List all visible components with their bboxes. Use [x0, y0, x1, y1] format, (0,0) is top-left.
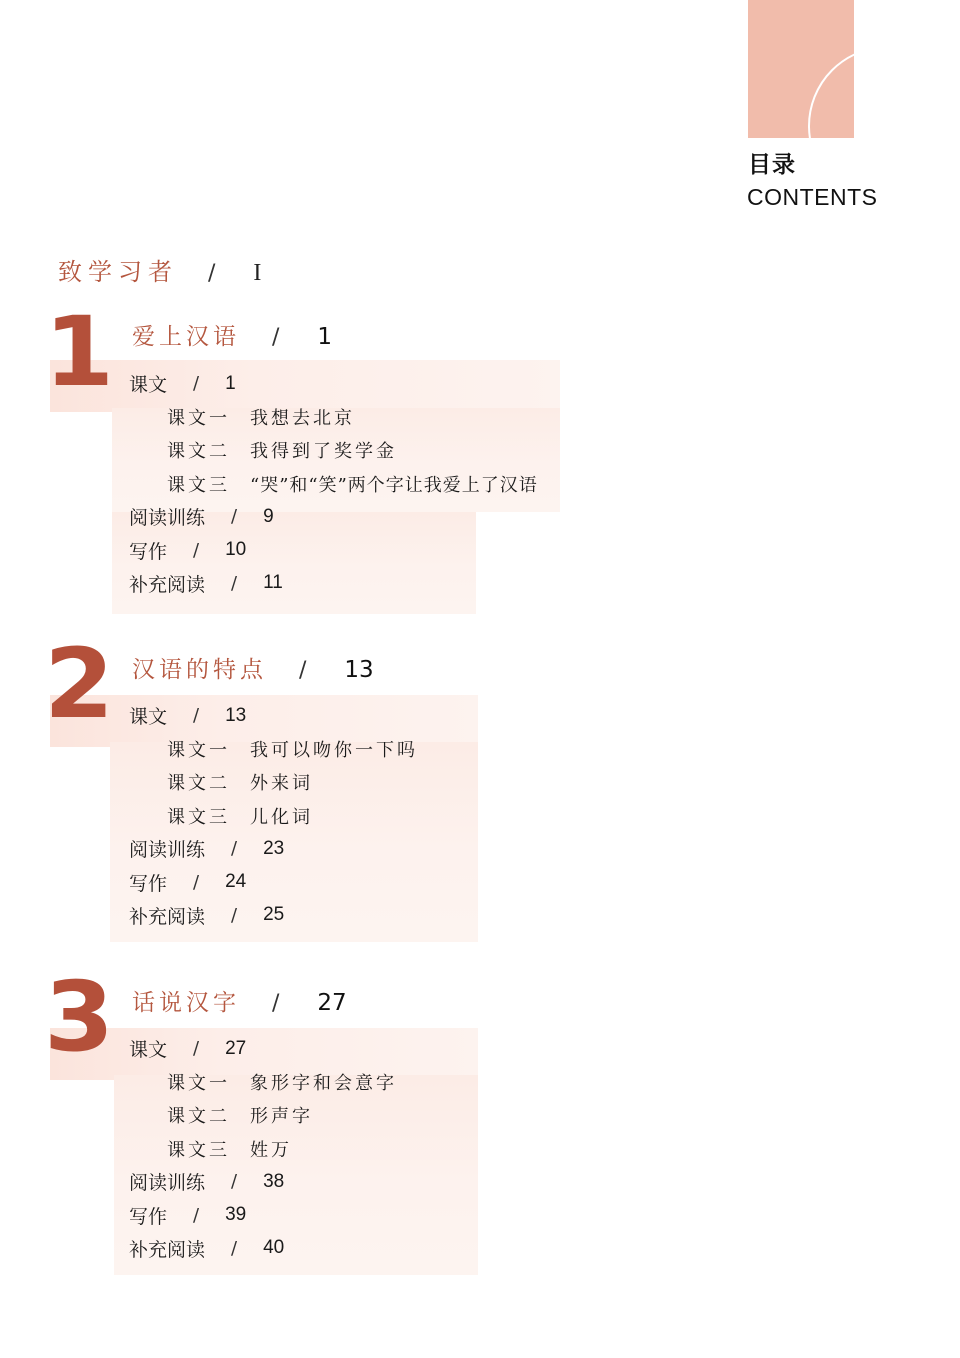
toc-entry-texts[interactable]: 课文 / 13	[129, 699, 418, 732]
toc-entry-lesson[interactable]: 课文一 我想去北京	[129, 400, 538, 433]
separator: /	[299, 658, 306, 683]
lesson-number: 课文一	[167, 404, 230, 430]
toc-entry-lesson[interactable]: 课文三 “哭”和“笑”两个字让我爱上了汉语	[129, 467, 538, 500]
lesson-title: 姓万	[250, 1136, 292, 1162]
page-number: 10	[225, 539, 246, 561]
toc-entry-texts[interactable]: 课文 / 27	[129, 1032, 397, 1065]
unit-heading[interactable]: 爱上汉语 / 1	[132, 318, 332, 351]
toc-entry-supplementary-reading[interactable]: 补充阅读 / 40	[129, 1232, 397, 1265]
toc-entry-reading-practice[interactable]: 阅读训练 / 38	[129, 1165, 397, 1198]
toc-entry-writing[interactable]: 写作 / 10	[129, 533, 538, 566]
toc-entry-supplementary-reading[interactable]: 补充阅读 / 11	[129, 567, 538, 600]
entry-label: 补充阅读	[129, 902, 205, 929]
separator: /	[231, 1171, 237, 1192]
page-number: 1	[317, 324, 332, 350]
unit-number: 1	[51, 320, 108, 392]
page-number: 23	[263, 838, 284, 860]
lesson-title: 儿化词	[250, 803, 313, 829]
entry-label: 课文	[129, 1035, 167, 1062]
lesson-number: 课文二	[167, 769, 230, 795]
page-number: 27	[317, 990, 346, 1016]
toc-entry-supplementary-reading[interactable]: 补充阅读 / 25	[129, 899, 418, 932]
lesson-title: 我得到了奖学金	[250, 437, 397, 463]
lesson-number: 课文三	[167, 1136, 230, 1162]
toc-entry-lesson[interactable]: 课文一 象形字和会意字	[129, 1065, 397, 1098]
toc-entry-lesson[interactable]: 课文二 我得到了奖学金	[129, 434, 538, 467]
lesson-number: 课文一	[167, 1069, 230, 1095]
separator: /	[193, 1205, 199, 1226]
separator: /	[231, 1238, 237, 1259]
entry-label: 阅读训练	[129, 835, 205, 862]
page-number: 24	[225, 871, 246, 893]
toc-title-chinese: 目录	[748, 146, 796, 179]
entry-label: 课文	[129, 702, 167, 729]
decorative-arc	[808, 46, 854, 138]
separator: /	[193, 373, 199, 394]
separator: /	[193, 872, 199, 893]
toc-entry-preface[interactable]: 致学习者 / I	[58, 252, 261, 287]
unit-number: 3	[51, 985, 108, 1057]
toc-title-english: CONTENTS	[747, 184, 878, 211]
separator: /	[231, 573, 237, 594]
page-number: 38	[263, 1171, 284, 1193]
lesson-title: 形声字	[250, 1102, 313, 1128]
toc-entry-lesson[interactable]: 课文三 姓万	[129, 1132, 397, 1165]
page-number: 39	[225, 1204, 246, 1226]
separator: /	[231, 905, 237, 926]
separator: /	[272, 991, 279, 1016]
page-number: I	[253, 260, 261, 287]
unit-entries: 课文 / 27 课文一 象形字和会意字 课文二 形声字 课文三 姓万 阅读训练 …	[129, 1032, 397, 1265]
toc-entry-lesson[interactable]: 课文一 我可以吻你一下吗	[129, 732, 418, 765]
unit-heading[interactable]: 话说汉字 / 27	[132, 984, 347, 1017]
separator: /	[193, 540, 199, 561]
page-number: 1	[225, 373, 236, 395]
separator: /	[231, 838, 237, 859]
page-number: 11	[263, 572, 283, 594]
separator: /	[193, 705, 199, 726]
unit-number: 2	[51, 652, 108, 724]
page-number: 9	[263, 506, 274, 528]
unit-title: 爱上汉语	[132, 318, 240, 351]
lesson-number: 课文一	[167, 736, 230, 762]
separator: /	[272, 325, 279, 350]
separator: /	[208, 261, 215, 286]
entry-label: 补充阅读	[129, 570, 205, 597]
lesson-number: 课文二	[167, 1102, 230, 1128]
lesson-title: “哭”和“笑”两个字让我爱上了汉语	[250, 471, 538, 497]
entry-label: 写作	[129, 1202, 167, 1229]
toc-entry-texts[interactable]: 课文 / 1	[129, 367, 538, 400]
lesson-title: 我可以吻你一下吗	[250, 736, 418, 762]
preface-title: 致学习者	[58, 252, 178, 287]
entry-label: 课文	[129, 370, 167, 397]
toc-entry-lesson[interactable]: 课文二 形声字	[129, 1099, 397, 1132]
entry-label: 写作	[129, 869, 167, 896]
toc-entry-reading-practice[interactable]: 阅读训练 / 23	[129, 832, 418, 865]
entry-label: 补充阅读	[129, 1235, 205, 1262]
page-number: 13	[344, 657, 373, 683]
toc-entry-writing[interactable]: 写作 / 39	[129, 1198, 397, 1231]
lesson-number: 课文二	[167, 437, 230, 463]
unit-title: 话说汉字	[132, 984, 240, 1017]
page-number: 40	[263, 1237, 284, 1259]
entry-label: 阅读训练	[129, 1168, 205, 1195]
unit-heading[interactable]: 汉语的特点 / 13	[132, 651, 374, 684]
toc-entry-lesson[interactable]: 课文二 外来词	[129, 766, 418, 799]
unit-entries: 课文 / 13 课文一 我可以吻你一下吗 课文二 外来词 课文三 儿化词 阅读训…	[129, 699, 418, 932]
page-number: 27	[225, 1038, 246, 1060]
separator: /	[193, 1038, 199, 1059]
toc-entry-reading-practice[interactable]: 阅读训练 / 9	[129, 500, 538, 533]
lesson-number: 课文三	[167, 471, 230, 497]
toc-entry-lesson[interactable]: 课文三 儿化词	[129, 799, 418, 832]
entry-label: 阅读训练	[129, 503, 205, 530]
unit-title: 汉语的特点	[132, 651, 267, 684]
decorative-header-block	[748, 0, 854, 138]
entry-label: 写作	[129, 537, 167, 564]
page-number: 25	[263, 904, 284, 926]
toc-entry-writing[interactable]: 写作 / 24	[129, 865, 418, 898]
separator: /	[231, 506, 237, 527]
unit-entries: 课文 / 1 课文一 我想去北京 课文二 我得到了奖学金 课文三 “哭”和“笑”…	[129, 367, 538, 600]
lesson-title: 我想去北京	[250, 404, 355, 430]
lesson-title: 象形字和会意字	[250, 1069, 397, 1095]
lesson-title: 外来词	[250, 769, 313, 795]
page-number: 13	[225, 705, 246, 727]
lesson-number: 课文三	[167, 803, 230, 829]
